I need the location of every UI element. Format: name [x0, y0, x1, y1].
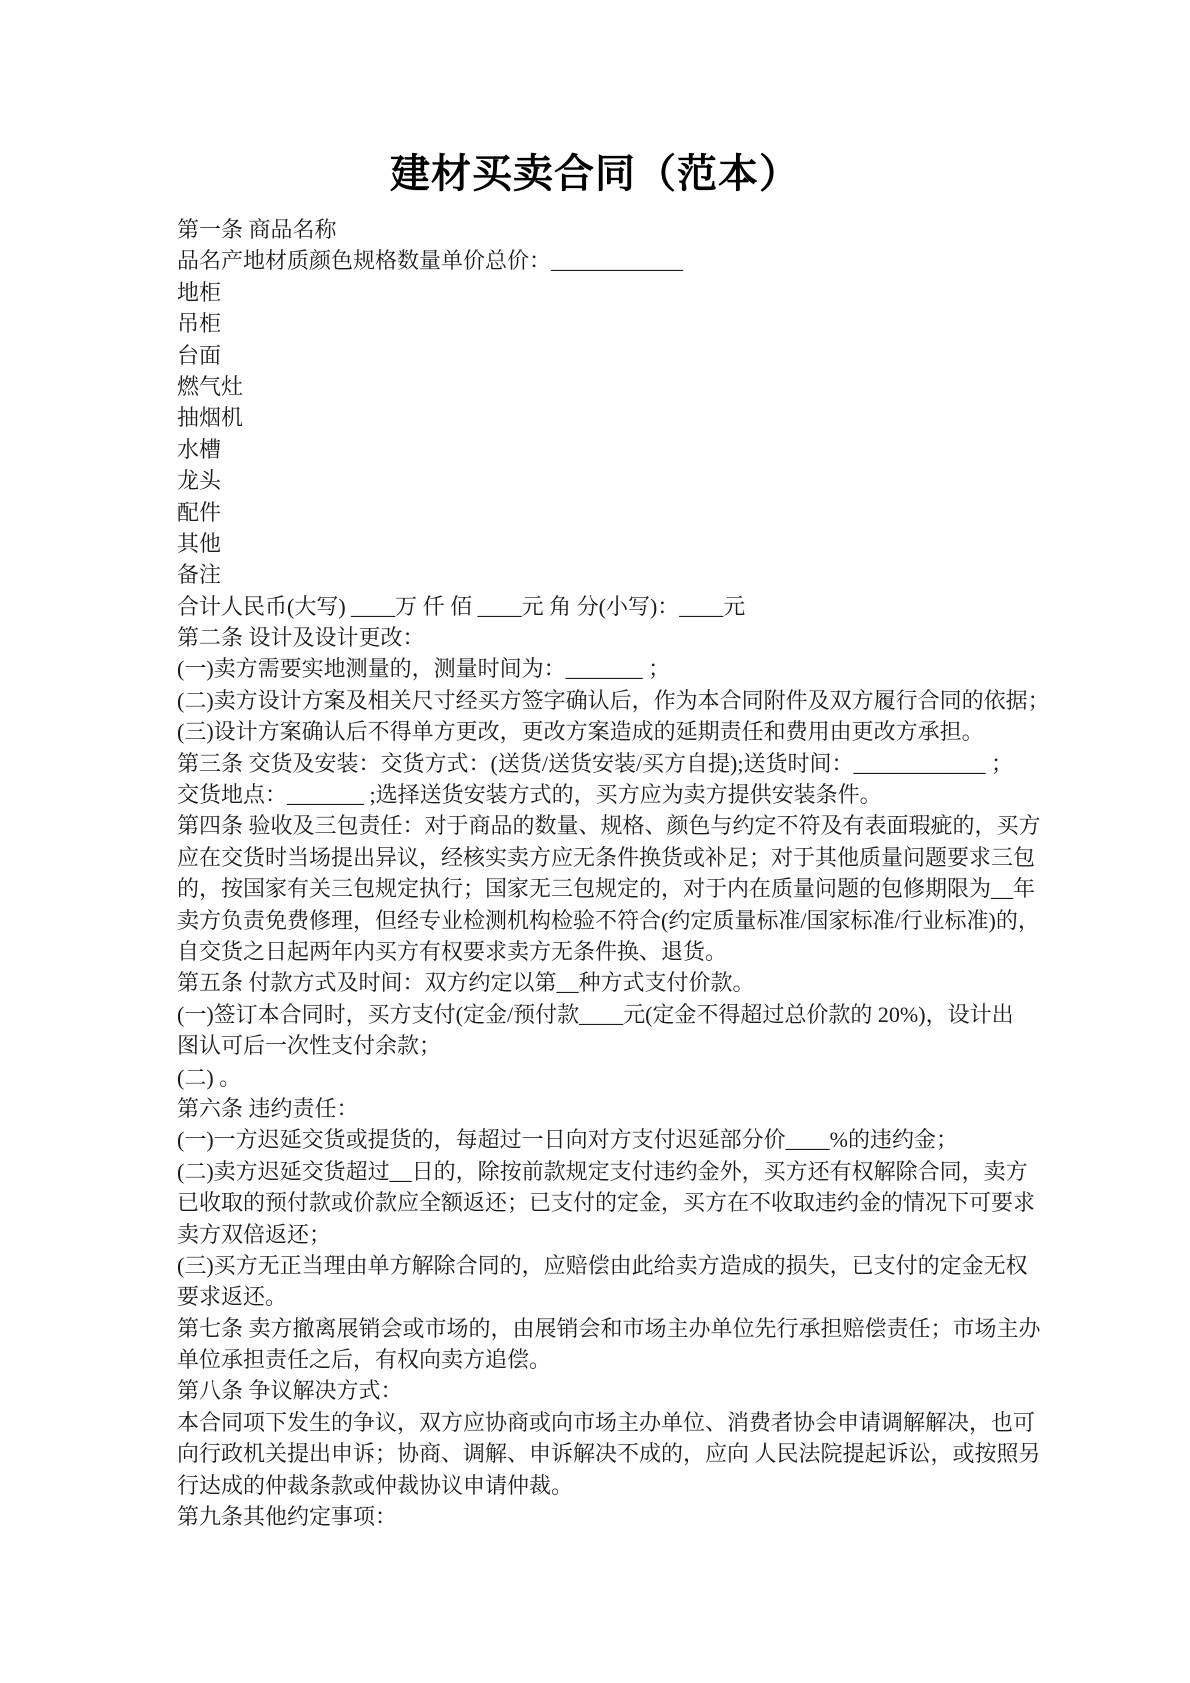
document-line: 第五条 付款方式及时间：双方约定以第__种方式支付价款。 — [177, 967, 1077, 998]
document-line: 自交货之日起两年内买方有权要求卖方无条件换、退货。 — [177, 936, 1077, 967]
document-line: 卖方双倍返还； — [177, 1219, 1077, 1250]
document-line: 品名产地材质颜色规格数量单价总价：____________ — [177, 245, 1077, 276]
document-line: 交货地点：_______ ;选择送货安装方式的，买方应为卖方提供安装条件。 — [177, 779, 1077, 810]
document-line: 卖方负责免费修理，但经专业检测机构检验不符合(约定质量标准/国家标准/行业标准)… — [177, 905, 1077, 936]
document-line: 备注 — [177, 559, 1077, 590]
document-line: 第一条 商品名称 — [177, 214, 1077, 245]
document-line: 燃气灶 — [177, 371, 1077, 402]
document-line: (一)一方迟延交货或提货的，每超过一日向对方支付迟延部分价____%的违约金； — [177, 1124, 1077, 1155]
document-line: 龙头 — [177, 465, 1077, 496]
document-line: (三)设计方案确认后不得单方更改，更改方案造成的延期责任和费用由更改方承担。 — [177, 716, 1077, 747]
document-line: 第七条 卖方撤离展销会或市场的，由展销会和市场主办单位先行承担赔偿责任；市场主办 — [177, 1313, 1077, 1344]
document-line: 其他 — [177, 528, 1077, 559]
document-line: 行达成的仲裁条款或仲裁协议申请仲裁。 — [177, 1470, 1077, 1501]
document-line: 台面 — [177, 340, 1077, 371]
document-line: 第八条 争议解决方式： — [177, 1375, 1077, 1406]
document-line: 配件 — [177, 497, 1077, 528]
document-line: 第三条 交货及安装：交货方式：(送货/送货安装/买方自提);送货时间：_____… — [177, 748, 1077, 779]
document-line: 图认可后一次性支付余款； — [177, 1030, 1077, 1061]
document-line: 第二条 设计及设计更改： — [177, 622, 1077, 653]
document-line: (二)卖方设计方案及相关尺寸经买方签字确认后，作为本合同附件及双方履行合同的依据… — [177, 685, 1077, 716]
document-body: 第一条 商品名称品名产地材质颜色规格数量单价总价：____________地柜吊… — [177, 214, 1077, 1532]
contract-page: 建材买卖合同（范本） 第一条 商品名称品名产地材质颜色规格数量单价总价：____… — [0, 0, 1190, 1683]
document-line: 第九条其他约定事项： — [177, 1501, 1077, 1532]
document-title: 建材买卖合同（范本） — [0, 148, 1190, 200]
document-line: 第四条 验收及三包责任：对于商品的数量、规格、颜色与约定不符及有表面瑕疵的，买方 — [177, 810, 1077, 841]
document-line: (二) 。 — [177, 1062, 1077, 1093]
document-line: (三)买方无正当理由单方解除合同的，应赔偿由此给卖方造成的损失，已支付的定金无权 — [177, 1250, 1077, 1281]
document-line: 第六条 违约责任： — [177, 1093, 1077, 1124]
document-line: 的，按国家有关三包规定执行；国家无三包规定的，对于内在质量问题的包修期限为__年 — [177, 873, 1077, 904]
document-line: 合计人民币(大写) ____万 仟 佰 ____元 角 分(小写)：____元 — [177, 591, 1077, 622]
document-line: 地柜 — [177, 277, 1077, 308]
document-line: 向行政机关提出申诉；协商、调解、申诉解决不成的，应向 人民法院提起诉讼，或按照另 — [177, 1438, 1077, 1469]
document-line: 要求返还。 — [177, 1281, 1077, 1312]
document-line: 本合同项下发生的争议，双方应协商或向市场主办单位、消费者协会申请调解解决，也可 — [177, 1407, 1077, 1438]
document-line: 抽烟机 — [177, 402, 1077, 433]
document-line: 已收取的预付款或价款应全额返还；已支付的定金，买方在不收取违约金的情况下可要求 — [177, 1187, 1077, 1218]
document-line: (一)签订本合同时，买方支付(定金/预付款____元(定金不得超过总价款的 20… — [177, 999, 1077, 1030]
document-line: 应在交货时当场提出异议，经核实卖方应无条件换货或补足；对于其他质量问题要求三包 — [177, 842, 1077, 873]
document-line: 吊柜 — [177, 308, 1077, 339]
document-line: 单位承担责任之后，有权向卖方追偿。 — [177, 1344, 1077, 1375]
document-line: (二)卖方迟延交货超过__日的，除按前款规定支付违约金外，买方还有权解除合同，卖… — [177, 1156, 1077, 1187]
document-line: 水槽 — [177, 434, 1077, 465]
document-line: (一)卖方需要实地测量的，测量时间为：_______ ； — [177, 653, 1077, 684]
